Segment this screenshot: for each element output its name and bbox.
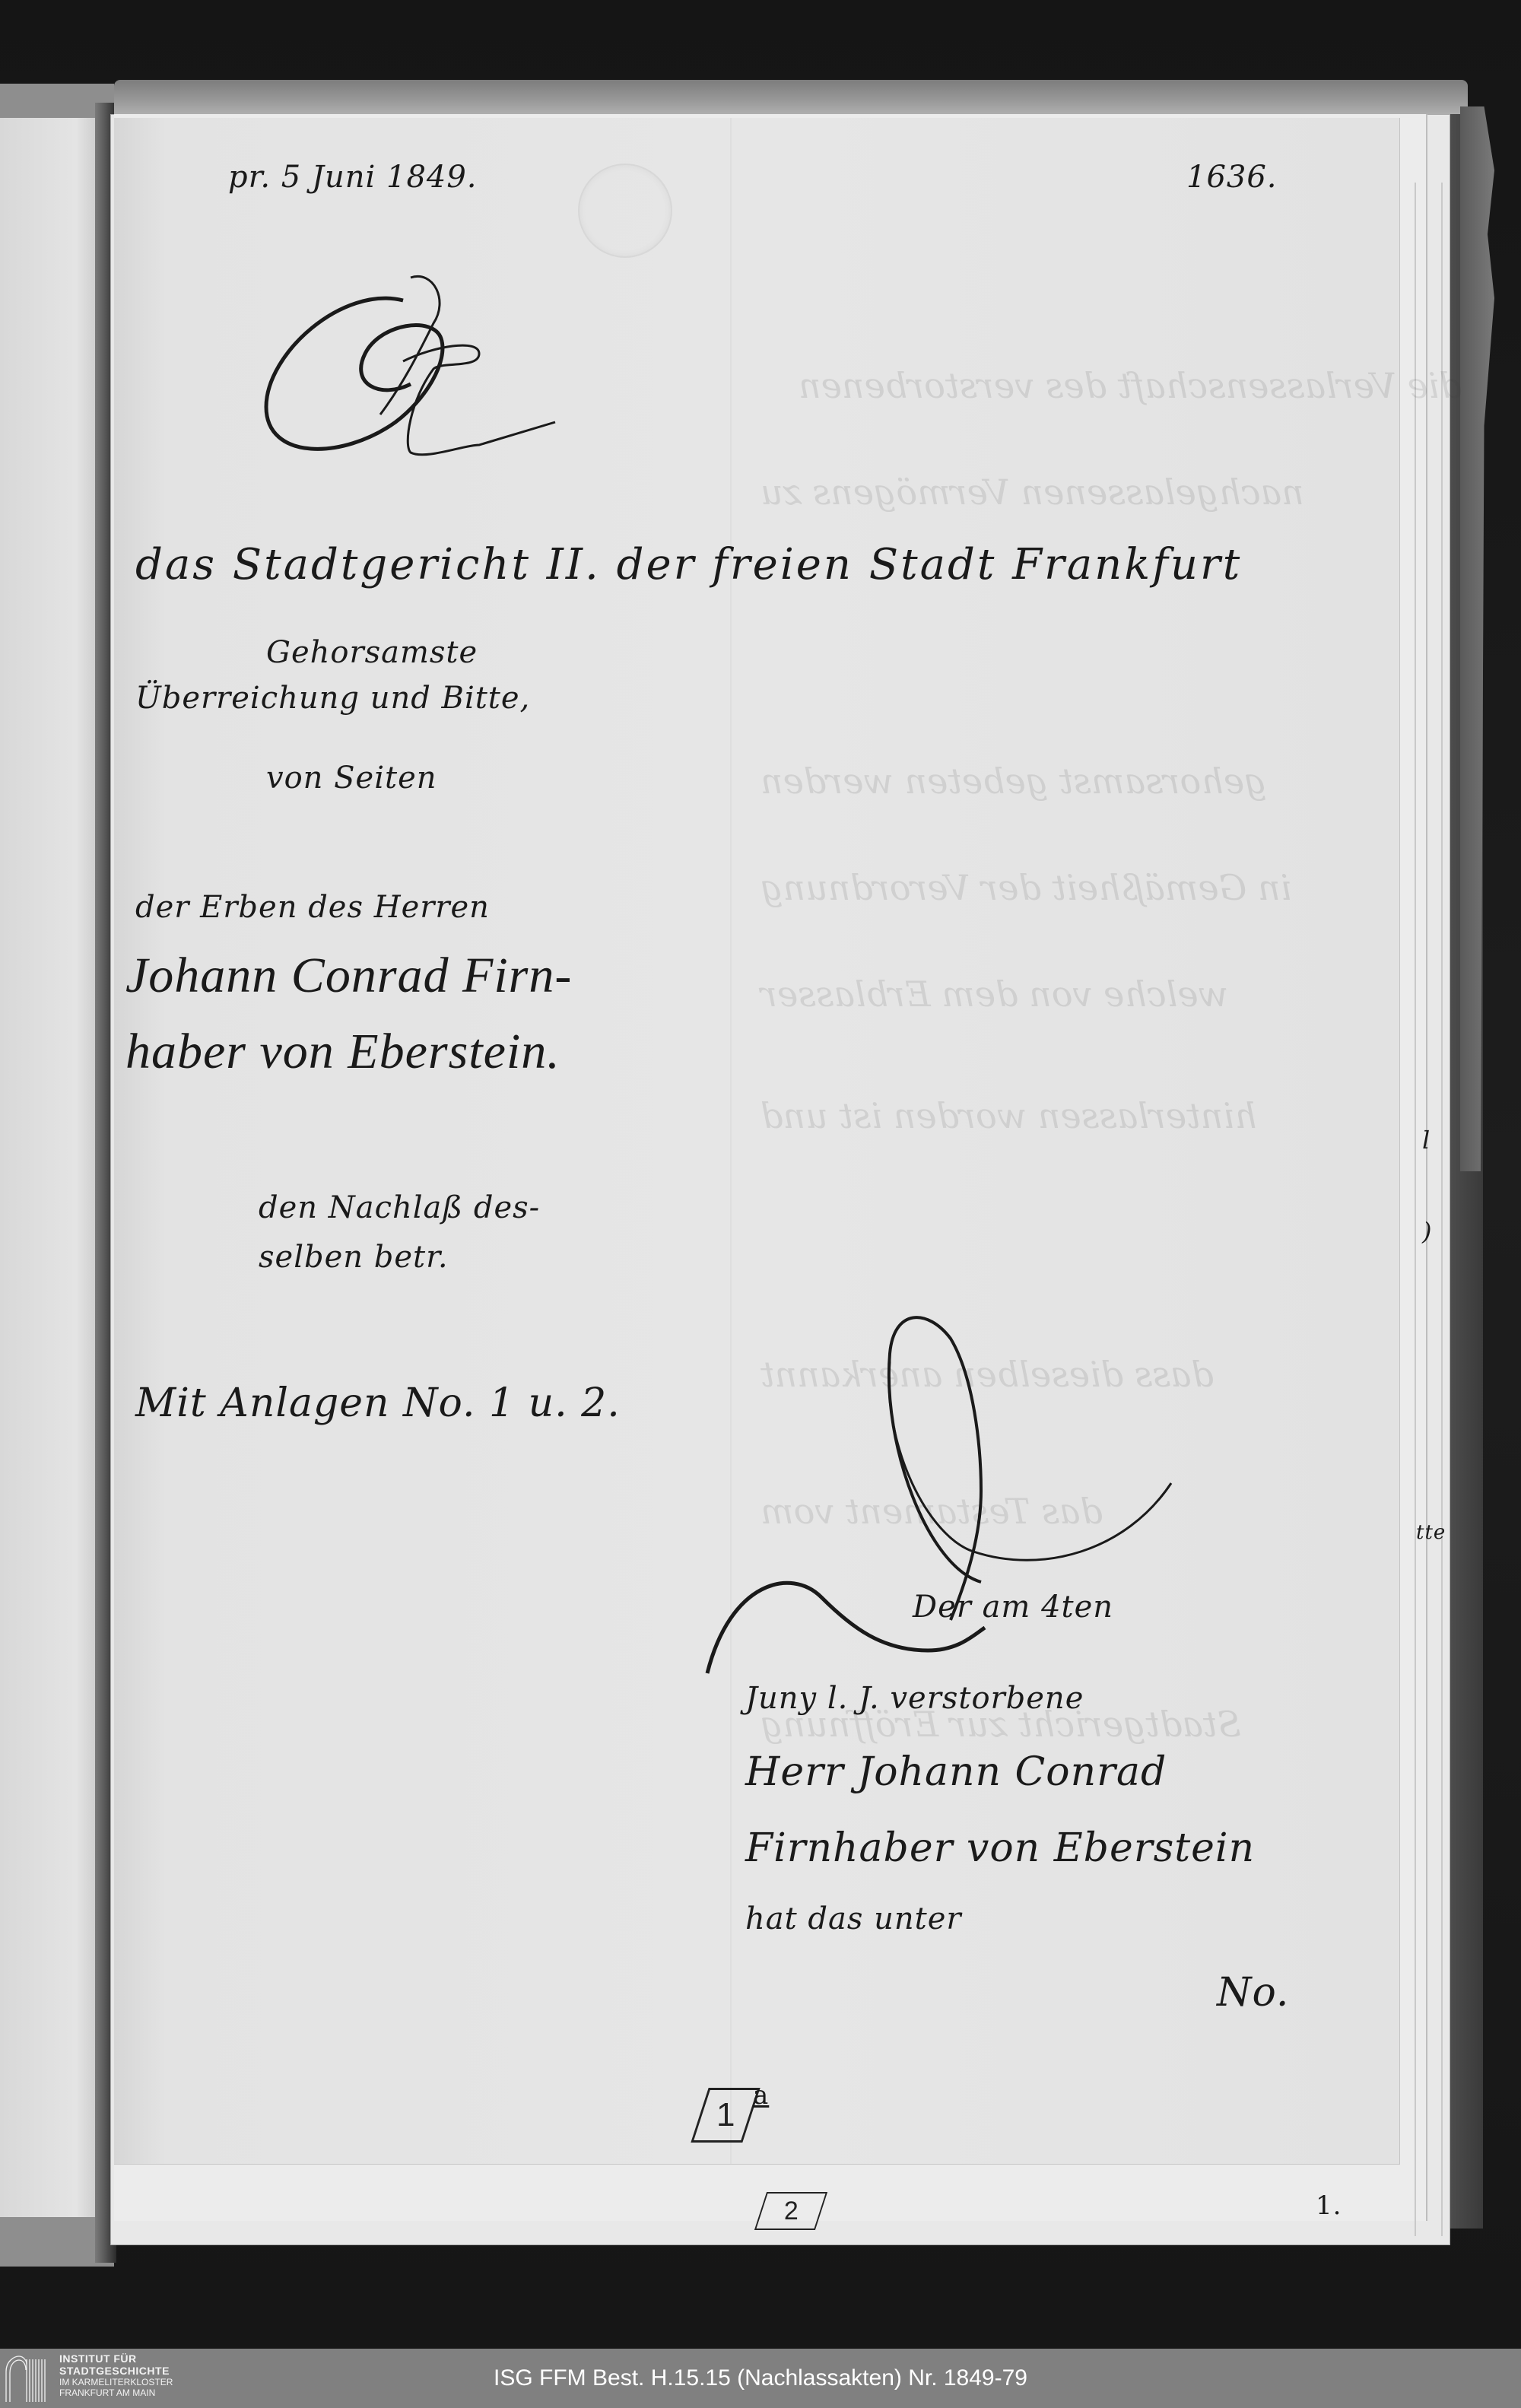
sheet-edge-line [1441, 183, 1443, 2236]
body-line-4: Firnhaber von Eberstein [745, 1825, 1255, 1871]
sheet-edge-line [1415, 183, 1416, 2236]
left-facing-page [0, 118, 95, 2217]
body-line-5: hat das unter [745, 1901, 961, 1936]
boxed-under-page-number-text: 2 [784, 2197, 799, 2226]
bleed-through-text: welche von dem Erblasser [760, 974, 1228, 1015]
margin-mark: l [1422, 1126, 1431, 1155]
parties-line-1: der Erben des Herren [135, 890, 490, 925]
body-line-3: Herr Johann Conrad [745, 1749, 1167, 1795]
page-fold-line [730, 118, 732, 2164]
parties-line-2: Johann Conrad Firn- [125, 947, 572, 1005]
matter-line-2: selben betr. [259, 1240, 449, 1275]
addressee-line: das Stadtgericht II. der freien Stadt Fr… [135, 540, 1242, 589]
boxed-under-page-number: 2 [754, 2192, 827, 2230]
calligraphic-initial-d [700, 1293, 1278, 1688]
folio-number: 1636. [1186, 160, 1278, 195]
calligraphic-initial-an [251, 270, 570, 483]
bleed-through-text: in Gemäßheit der Verordnung [760, 867, 1291, 908]
subject-line-1: Gehorsamste [266, 635, 478, 670]
received-date-note: pr. 5 Juni 1849. [228, 160, 478, 195]
bleed-through-text: gehorsamst gebeten werden [760, 761, 1267, 802]
corner-page-number: 1. [1316, 2190, 1342, 2221]
body-line-6: No. [1217, 1970, 1289, 2016]
subject-line-2: Überreichung und Bitte, [135, 681, 530, 716]
embossed-seal [578, 164, 672, 258]
margin-mark: tte [1416, 1521, 1446, 1544]
institute-line-1: INSTITUT FÜR [59, 2353, 173, 2364]
boxed-page-number-text: 1 [716, 2096, 735, 2134]
matter-line-1: den Nachlaß des- [259, 1190, 540, 1225]
enclosures-line: Mit Anlagen No. 1 u. 2. [135, 1380, 621, 1426]
archive-footer: INSTITUT FÜR STADTGESCHICHTE IM KARMELIT… [0, 2349, 1521, 2408]
bleed-through-text: die Verlassenschaft des verstorbenen [799, 365, 1462, 406]
bleed-through-text: hinterlassen worden ist und [760, 1095, 1257, 1136]
bleed-through-text: nachgelassenen Vermögens zu [760, 472, 1304, 513]
boxed-page-suffix: a [753, 2080, 769, 2111]
parties-line-3: haber von Eberstein. [125, 1023, 560, 1081]
body-line-1: Der am 4ten [913, 1590, 1113, 1625]
body-line-2: Juny l. J. verstorbene [745, 1681, 1084, 1716]
cover-top-edge [114, 80, 1468, 118]
margin-mark: ) [1422, 1217, 1432, 1246]
subject-line-3: von Seiten [266, 761, 437, 796]
archive-reference-caption: ISG FFM Best. H.15.15 (Nachlassakten) Nr… [0, 2365, 1521, 2391]
